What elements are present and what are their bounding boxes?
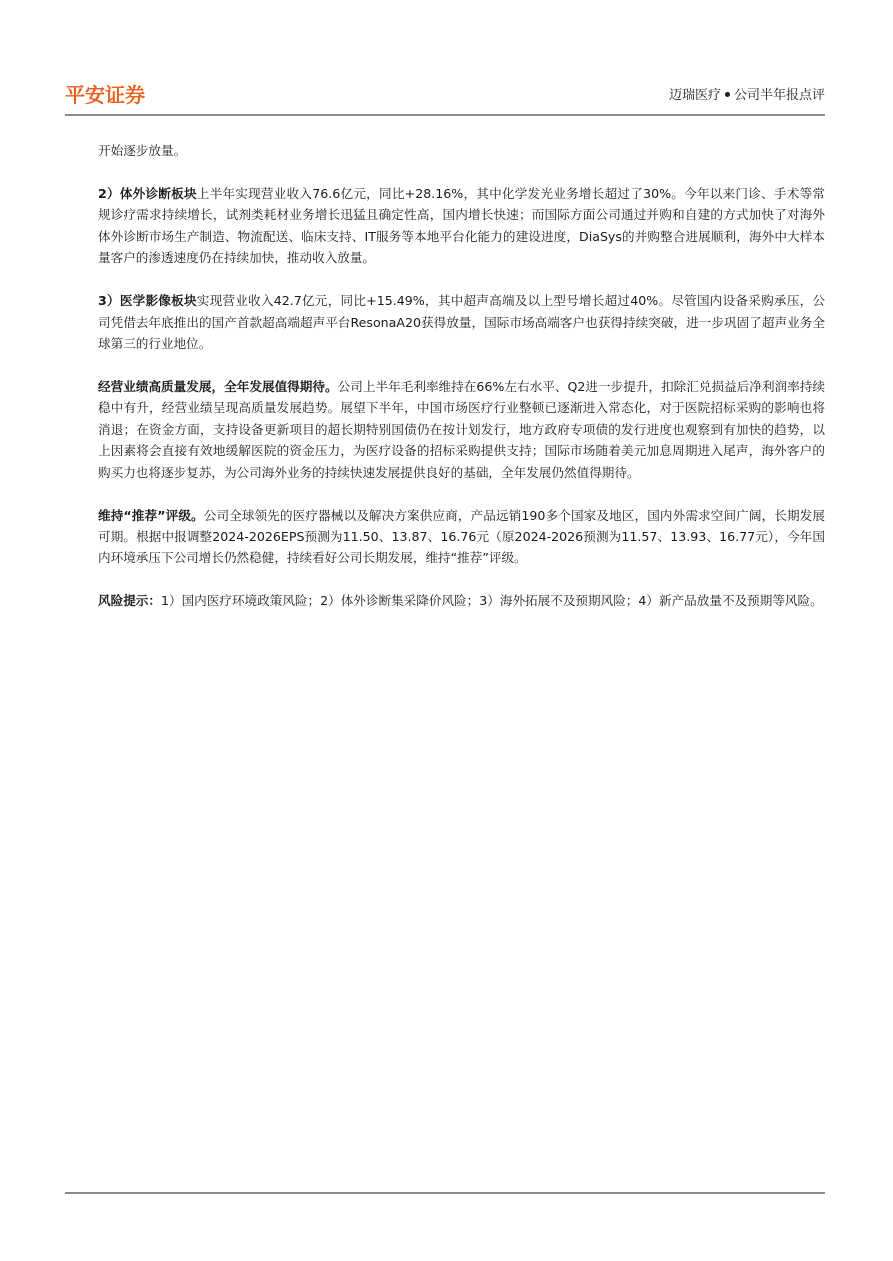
brand-logo: 平安证券 xyxy=(65,82,145,108)
report-company: 迈瑞医疗 xyxy=(669,88,721,103)
paragraph-risk-warning: 风险提示：1）国内医疗环境政策风险；2）体外诊断集采降价风险；3）海外拓展不及预… xyxy=(98,590,825,611)
paragraph-text: 1）国内医疗环境政策风险；2）体外诊断集采降价风险；3）海外拓展不及预期风险；4… xyxy=(161,593,823,608)
paragraph-lead: 3）医学影像板块 xyxy=(98,293,197,308)
header-divider xyxy=(65,114,825,116)
paragraph-lead: 风险提示： xyxy=(98,593,161,608)
paragraph-imaging-segment: 3）医学影像板块实现营业收入42.7亿元，同比+15.49%，其中超声高端及以上… xyxy=(98,290,825,354)
paragraph-ivd-segment: 2）体外诊断板块上半年实现营业收入76.6亿元，同比+28.16%，其中化学发光… xyxy=(98,183,825,269)
paragraph-continuation: 开始逐步放量。 xyxy=(98,140,825,161)
report-body: 开始逐步放量。 2）体外诊断板块上半年实现营业收入76.6亿元，同比+28.16… xyxy=(98,140,825,633)
paragraph-lead: 维持“推荐”评级。 xyxy=(98,508,204,523)
page-header: 平安证券 迈瑞医疗公司半年报点评 xyxy=(65,80,825,116)
paragraph-text: 实现营业收入42.7亿元，同比+15.49%，其中超声高端及以上型号增长超过40… xyxy=(98,293,825,351)
paragraph-text: 上半年实现营业收入76.6亿元，同比+28.16%，其中化学发光业务增长超过了3… xyxy=(98,186,825,265)
paragraph-rating: 维持“推荐”评级。公司全球领先的医疗器械以及解决方案供应商，产品远销190多个国… xyxy=(98,505,825,569)
footer-divider xyxy=(65,1192,825,1194)
report-type: 公司半年报点评 xyxy=(734,88,825,103)
paragraph-text: 开始逐步放量。 xyxy=(98,143,186,158)
report-title: 迈瑞医疗公司半年报点评 xyxy=(669,87,825,105)
paragraph-text: 公司上半年毛利率维持在66%左右水平、Q2进一步提升，扣除汇兑损益后净利润率持续… xyxy=(98,379,825,480)
paragraph-lead: 2）体外诊断板块 xyxy=(98,186,197,201)
paragraph-text: 公司全球领先的医疗器械以及解决方案供应商，产品远销190多个国家及地区，国内外需… xyxy=(98,508,825,566)
bullet-dot-icon xyxy=(725,92,730,97)
paragraph-lead: 经营业绩高质量发展，全年发展值得期待。 xyxy=(98,379,338,394)
paragraph-performance-outlook: 经营业绩高质量发展，全年发展值得期待。公司上半年毛利率维持在66%左右水平、Q2… xyxy=(98,376,825,483)
